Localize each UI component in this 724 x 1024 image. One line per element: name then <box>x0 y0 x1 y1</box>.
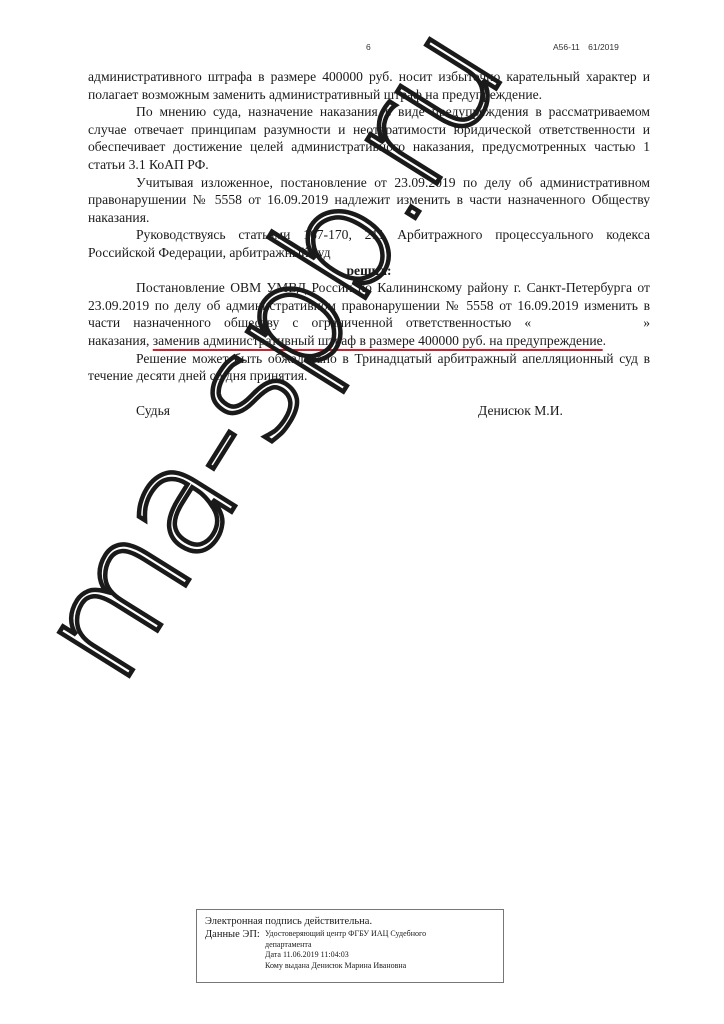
highlighted-ruling: заменив административный штраф в размере… <box>153 333 603 348</box>
paragraph-3: Учитывая изложенное, постановление от 23… <box>88 174 650 227</box>
esig-issued-to: Кому выдана Денисюк Марина Ивановна <box>265 961 426 972</box>
judge-role: Судья <box>136 402 170 420</box>
paragraph-decision: Постановление ОВМ УМВД России по Калинин… <box>88 279 650 349</box>
esig-title: Электронная подпись действительна. <box>205 915 495 928</box>
decision-text-end: . <box>603 333 606 348</box>
judge-name: Денисюк М.И. <box>478 402 563 420</box>
page-number: 6 <box>366 42 371 52</box>
paragraph-4: Руководствуясь статьями 167-170, 211 Арб… <box>88 226 650 261</box>
decision-heading: решил: <box>88 262 650 280</box>
esig-data-row: Данные ЭП: Удостоверяющий центр ФГБУ ИАЦ… <box>205 928 495 971</box>
signature-row: Судья Денисюк М.И. <box>88 402 650 442</box>
paragraph-appeal: Решение может быть обжаловано в Тринадца… <box>88 350 650 385</box>
esig-values: Удостоверяющий центр ФГБУ ИАЦ Судебного … <box>265 928 426 971</box>
esig-label: Данные ЭП: <box>205 928 265 971</box>
paragraph-1: административного штрафа в размере 40000… <box>88 68 650 103</box>
page-header: 6 А56-11 61/2019 <box>0 42 724 56</box>
decision-text-start: Постановление ОВМ УМВД России по Калинин… <box>88 280 650 330</box>
document-body: административного штрафа в размере 40000… <box>88 68 650 442</box>
esig-issuer-2: департамента <box>265 940 426 951</box>
esig-date: Дата 11.06.2019 11:04:03 <box>265 950 426 961</box>
esig-issuer-1: Удостоверяющий центр ФГБУ ИАЦ Судебного <box>265 929 426 940</box>
electronic-signature-box: Электронная подпись действительна. Данны… <box>196 909 504 983</box>
paragraph-2: По мнению суда, назначение наказания в в… <box>88 103 650 173</box>
case-number: А56-11 61/2019 <box>553 42 619 52</box>
